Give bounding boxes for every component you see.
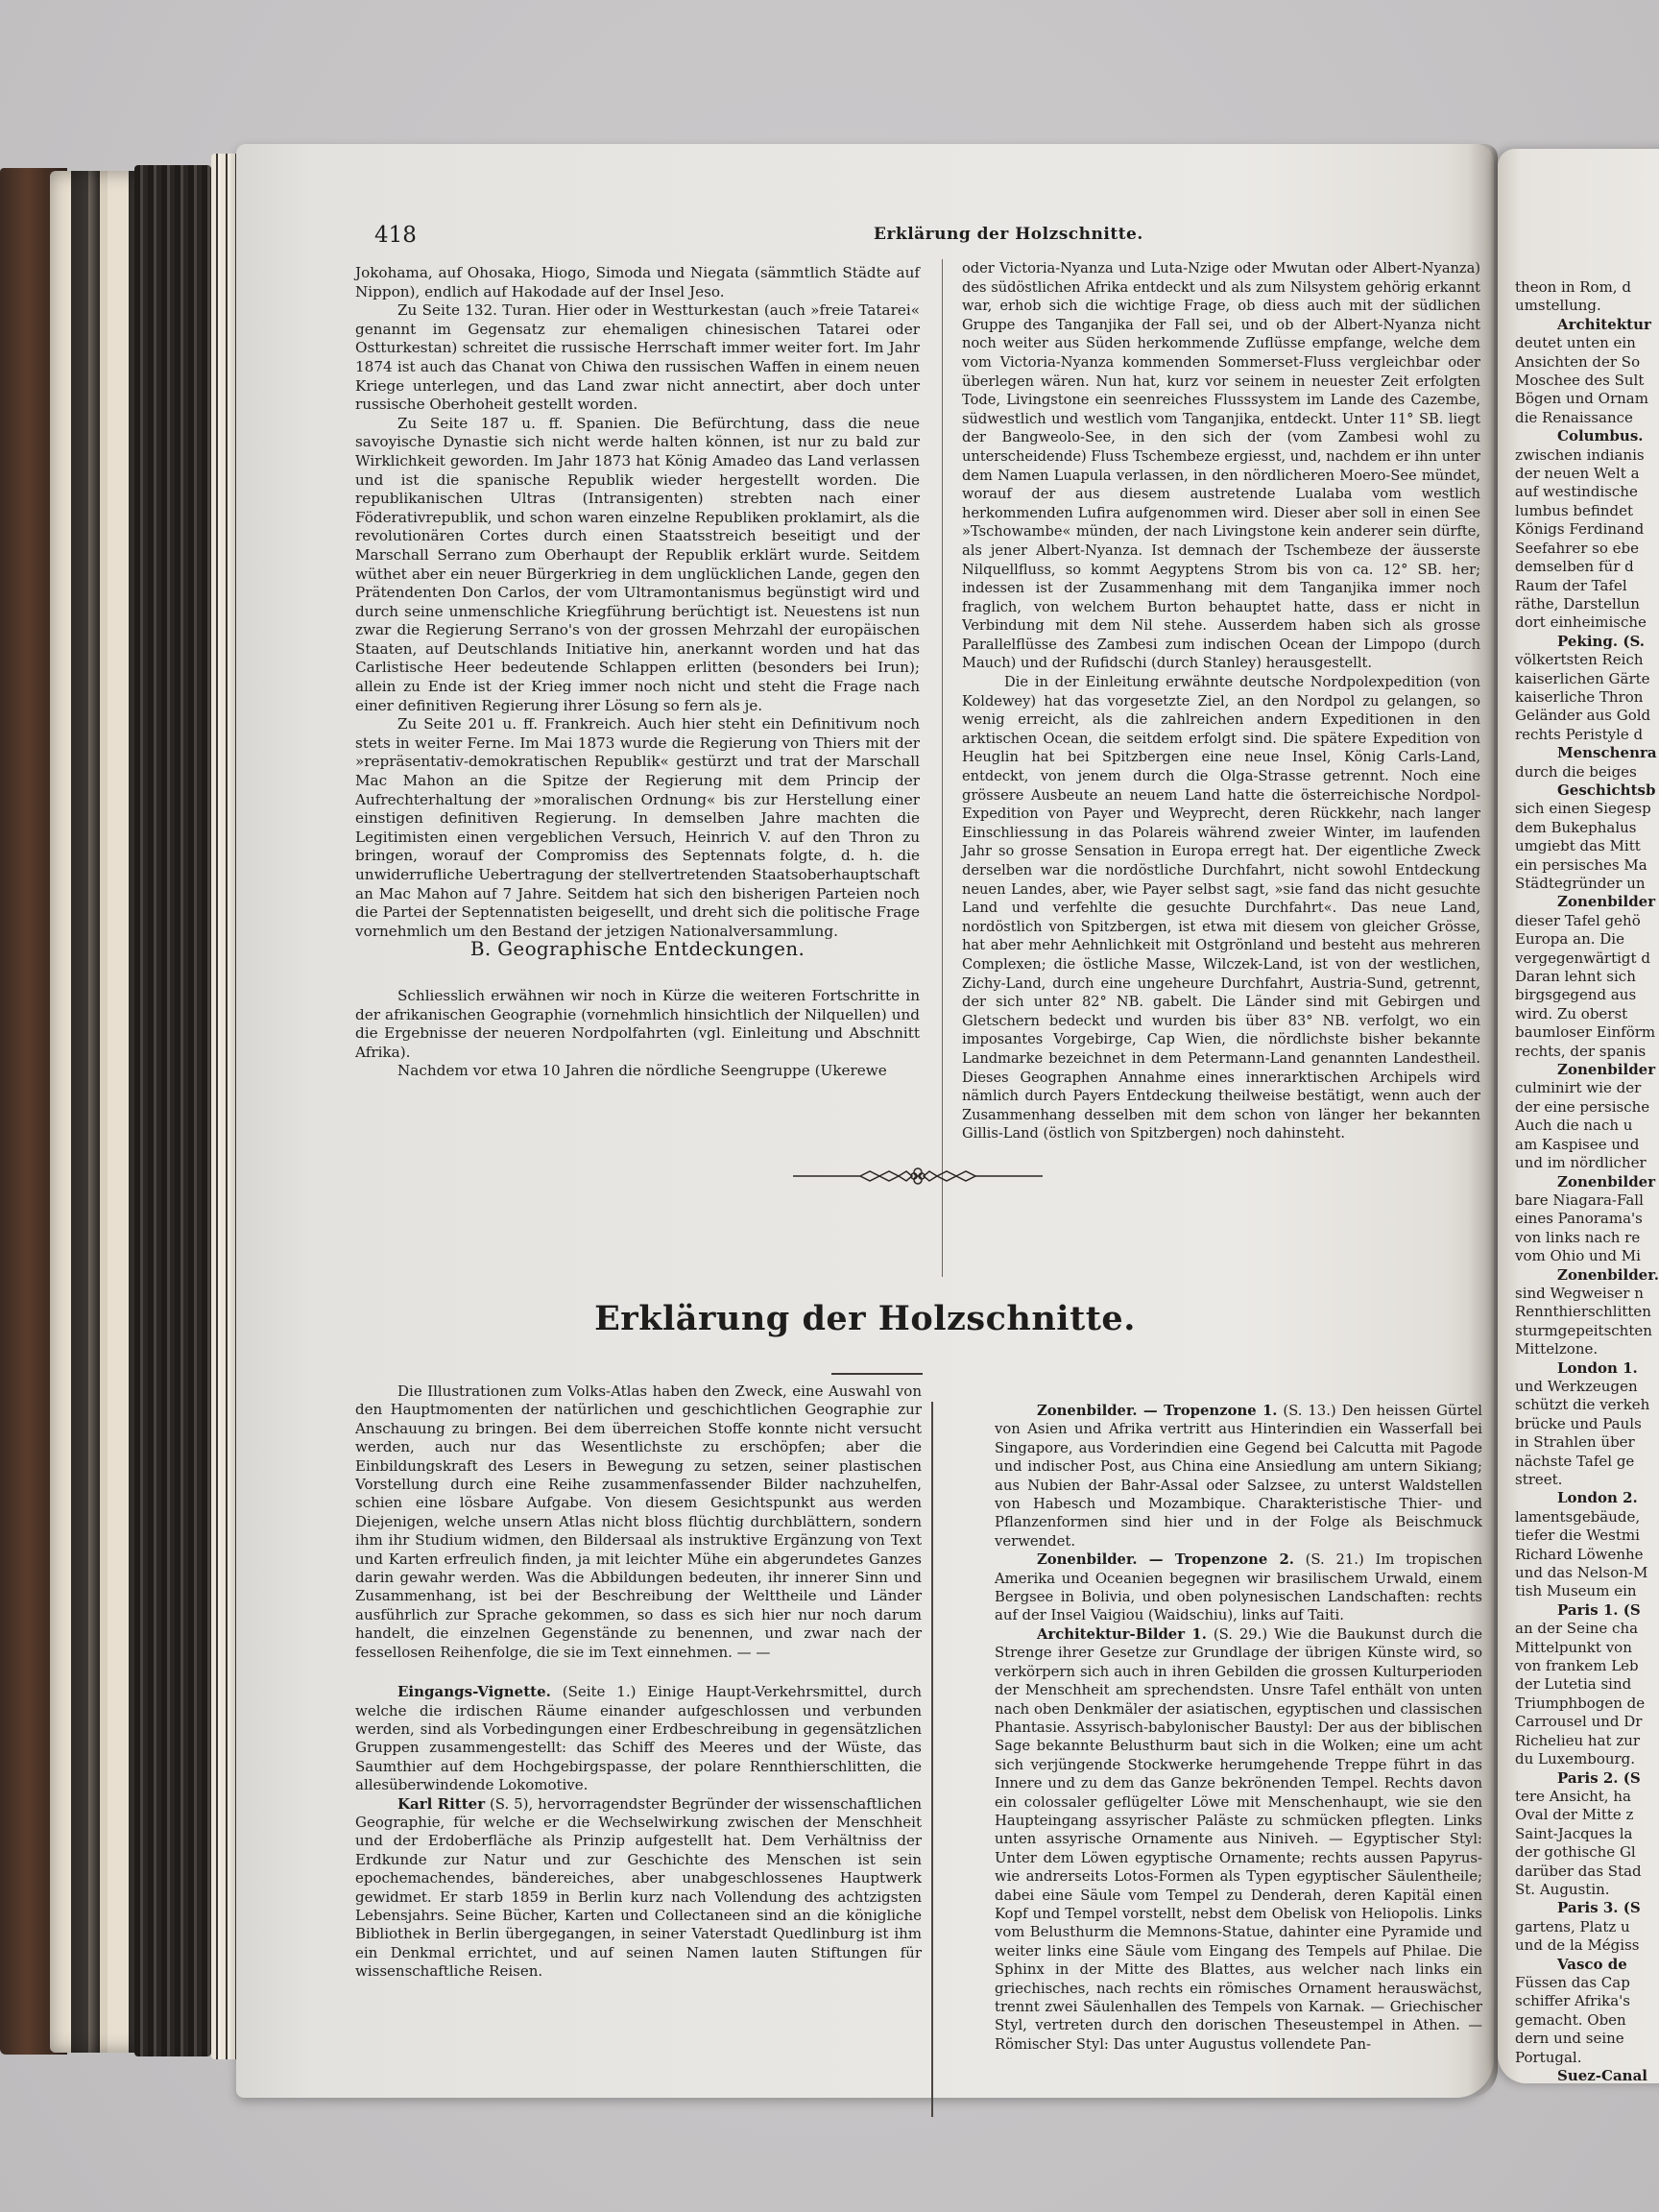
book-page-418: 418 Erklärung der Holzschnitte. Jokohama… bbox=[236, 144, 1494, 2098]
adjacent-page-line: Menschenra bbox=[1515, 744, 1659, 762]
adjacent-page-line: Füssen das Cap bbox=[1515, 1974, 1659, 1992]
adjacent-page-line: und das Nelson-M bbox=[1515, 1564, 1659, 1582]
adjacent-page-line: Zonenbilder bbox=[1515, 893, 1659, 911]
adjacent-page-line: London 2. bbox=[1515, 1489, 1659, 1507]
top-left-column: Jokohama, auf Ohosaka, Hiogo, Simoda und… bbox=[355, 264, 920, 941]
paragraph-frankreich: Zu Seite 201 u. ff. Frankreich. Auch hie… bbox=[355, 715, 920, 941]
adjacent-page-line: deutet unten ein bbox=[1515, 334, 1659, 352]
adjacent-page-line: umgiebt das Mitt bbox=[1515, 837, 1659, 855]
adjacent-page-line: lumbus befindet bbox=[1515, 502, 1659, 520]
adjacent-page-line: Zonenbilder. bbox=[1515, 1266, 1659, 1285]
adjacent-page-line: und im nördlicher bbox=[1515, 1154, 1659, 1172]
adjacent-page-line: Königs Ferdinand bbox=[1515, 520, 1659, 539]
bottom-right-column: Zonenbilder. — Tropenzone 1. (S. 13.) De… bbox=[995, 1402, 1482, 2054]
paragraph: Jokohama, auf Ohosaka, Hiogo, Simoda und… bbox=[355, 264, 920, 301]
adjacent-page-line: gemacht. Oben bbox=[1515, 2011, 1659, 2030]
paragraph: Schliesslich erwähnen wir noch in Kürze … bbox=[355, 987, 920, 1062]
adjacent-page-line: Carrousel und Dr bbox=[1515, 1713, 1659, 1731]
paragraph-turan: Zu Seite 132. Turan. Hier oder in Westtu… bbox=[355, 301, 920, 415]
section-heading-geographische-entdeckungen: B. Geographische Entdeckungen. bbox=[355, 937, 920, 960]
entry-tropenzone-2: Zonenbilder. — Tropenzone 2. (S. 21.) Im… bbox=[995, 1551, 1482, 1625]
adjacent-page-line: völkertsten Reich bbox=[1515, 651, 1659, 669]
adjacent-page-line: ein persisches Ma bbox=[1515, 856, 1659, 875]
adjacent-page-line: tiefer die Westmi bbox=[1515, 1527, 1659, 1545]
adjacent-page-line: Zonenbilder bbox=[1515, 1061, 1659, 1079]
adjacent-page-line: Städtegründer un bbox=[1515, 875, 1659, 893]
adjacent-page-line: tish Museum ein bbox=[1515, 1582, 1659, 1600]
adjacent-page-line: du Luxembourg. bbox=[1515, 1750, 1659, 1768]
title-rule bbox=[831, 1373, 923, 1375]
main-section-title: Erklärung der Holzschnitte. bbox=[236, 1299, 1494, 1338]
page-block-dark-edges bbox=[134, 165, 211, 2056]
adjacent-page-line: London 1. bbox=[1515, 1359, 1659, 1378]
adjacent-page-line: theon in Rom, d bbox=[1515, 278, 1659, 297]
adjacent-page-line: in Strahlen über bbox=[1515, 1433, 1659, 1452]
adjacent-page-line: bare Niagara-Fall bbox=[1515, 1191, 1659, 1210]
adjacent-page-line: an der Seine cha bbox=[1515, 1620, 1659, 1638]
adjacent-page-line: dern und seine bbox=[1515, 2030, 1659, 2048]
adjacent-page-line: culminirt wie der bbox=[1515, 1079, 1659, 1097]
adjacent-page: theon in Rom, dumstellung.Architekturdeu… bbox=[1498, 149, 1659, 2083]
adjacent-page-line: Oval der Mitte z bbox=[1515, 1806, 1659, 1824]
adjacent-page-line: Triumphbogen de bbox=[1515, 1695, 1659, 1713]
adjacent-page-line: brücke und Pauls bbox=[1515, 1415, 1659, 1433]
adjacent-page-line: nächste Tafel ge bbox=[1515, 1453, 1659, 1471]
adjacent-page-line: von links nach re bbox=[1515, 1229, 1659, 1247]
adjacent-page-line: sturmgepeitschten bbox=[1515, 1322, 1659, 1340]
entry-tropenzone-1: Zonenbilder. — Tropenzone 1. (S. 13.) De… bbox=[995, 1402, 1482, 1551]
adjacent-page-line: der neuen Welt a bbox=[1515, 465, 1659, 483]
paragraph: Nachdem vor etwa 10 Jahren die nördliche… bbox=[355, 1062, 920, 1081]
adjacent-page-line: Raum der Tafel bbox=[1515, 577, 1659, 595]
adjacent-page-line: Richelieu hat zur bbox=[1515, 1732, 1659, 1750]
adjacent-page-line: darüber das Stad bbox=[1515, 1863, 1659, 1881]
adjacent-page-line: Suez-Canal bbox=[1515, 2067, 1659, 2083]
adjacent-page-line: Geländer aus Gold bbox=[1515, 707, 1659, 725]
adjacent-page-line: Europa an. Die bbox=[1515, 930, 1659, 949]
adjacent-page-line: durch die beiges bbox=[1515, 763, 1659, 781]
intro-paragraph: Die Illustrationen zum Volks-Atlas haben… bbox=[355, 1382, 922, 1662]
bottom-left-column: Die Illustrationen zum Volks-Atlas haben… bbox=[355, 1382, 922, 1982]
entry-architektur-bilder-1: Architektur-Bilder 1. (S. 29.) Wie die B… bbox=[995, 1625, 1482, 2054]
adjacent-page-line: Auch die nach u bbox=[1515, 1117, 1659, 1135]
paragraph-spanien: Zu Seite 187 u. ff. Spanien. Die Befürch… bbox=[355, 415, 920, 716]
adjacent-page-line: Mittelzone. bbox=[1515, 1340, 1659, 1358]
top-right-column: oder Victoria-Nyanza und Luta-Nzige oder… bbox=[962, 259, 1480, 1143]
paragraph-nordpol: Die in der Einleitung erwähnte deutsche … bbox=[962, 673, 1480, 1143]
adjacent-page-line: demselben für d bbox=[1515, 558, 1659, 576]
adjacent-page-line: Rennthierschlitten bbox=[1515, 1303, 1659, 1321]
running-head: 418 Erklärung der Holzschnitte. bbox=[374, 223, 1334, 252]
adjacent-page-line: und de la Mégiss bbox=[1515, 1936, 1659, 1955]
adjacent-page-line: lamentsgebäude, bbox=[1515, 1508, 1659, 1527]
adjacent-page-line: Mittelpunkt von bbox=[1515, 1639, 1659, 1657]
decorative-ornament-divider bbox=[793, 1162, 1043, 1190]
page-curl-shadow bbox=[1469, 144, 1498, 2098]
adjacent-page-line: vom Ohio und Mi bbox=[1515, 1247, 1659, 1265]
column-divider bbox=[931, 1402, 933, 2117]
section-b-column: Schliesslich erwähnen wir noch in Kürze … bbox=[355, 987, 920, 1081]
adjacent-page-line: kaiserliche Thron bbox=[1515, 688, 1659, 707]
adjacent-page-line: rechts Peristyle d bbox=[1515, 726, 1659, 744]
adjacent-page-line: tere Ansicht, ha bbox=[1515, 1788, 1659, 1806]
adjacent-page-line: auf westindische bbox=[1515, 483, 1659, 501]
adjacent-page-line: Seefahrer so ebe bbox=[1515, 540, 1659, 558]
adjacent-page-line: umstellung. bbox=[1515, 297, 1659, 315]
adjacent-page-line: eines Panorama's bbox=[1515, 1210, 1659, 1228]
adjacent-page-line: dem Bukephalus bbox=[1515, 819, 1659, 837]
adjacent-page-line: street. bbox=[1515, 1471, 1659, 1489]
entry-eingangs-vignette: Eingangs-Vignette. (Seite 1.) Einige Hau… bbox=[355, 1683, 922, 1794]
adjacent-page-line: Paris 3. (S bbox=[1515, 1899, 1659, 1917]
adjacent-page-line: dort einheimische bbox=[1515, 613, 1659, 632]
running-head-title: Erklärung der Holzschnitte. bbox=[874, 225, 1143, 244]
adjacent-page-line: Saint-Jacques la bbox=[1515, 1825, 1659, 1843]
adjacent-page-line: Paris 2. (S bbox=[1515, 1769, 1659, 1788]
adjacent-page-line: Moschee des Sult bbox=[1515, 372, 1659, 390]
adjacent-page-line: birgsgegend aus bbox=[1515, 986, 1659, 1004]
adjacent-page-line: baumloser Einförm bbox=[1515, 1023, 1659, 1042]
adjacent-page-line: der Lutetia sind bbox=[1515, 1675, 1659, 1694]
adjacent-page-line: der eine persische bbox=[1515, 1098, 1659, 1117]
adjacent-page-line: Ansichten der So bbox=[1515, 353, 1659, 372]
adjacent-page-line: Geschichtsb bbox=[1515, 781, 1659, 800]
adjacent-page-line: und Werkzeugen bbox=[1515, 1378, 1659, 1396]
adjacent-page-line: schiffer Afrika's bbox=[1515, 1992, 1659, 2010]
column-divider bbox=[942, 259, 943, 1277]
adjacent-page-line: zwischen indianis bbox=[1515, 446, 1659, 465]
adjacent-page-line: Daran lehnt sich bbox=[1515, 968, 1659, 986]
adjacent-page-line: räthe, Darstellun bbox=[1515, 595, 1659, 613]
adjacent-page-line: der gothische Gl bbox=[1515, 1843, 1659, 1862]
adjacent-page-line: Peking. (S. bbox=[1515, 633, 1659, 651]
adjacent-page-line: von frankem Leb bbox=[1515, 1657, 1659, 1675]
adjacent-page-line: dieser Tafel gehö bbox=[1515, 912, 1659, 930]
entry-karl-ritter: Karl Ritter (S. 5), hervorragendster Beg… bbox=[355, 1795, 922, 1982]
adjacent-page-line: Architektur bbox=[1515, 316, 1659, 334]
adjacent-page-line: rechts, der spanis bbox=[1515, 1043, 1659, 1061]
adjacent-page-line: am Kaspisee und bbox=[1515, 1136, 1659, 1154]
adjacent-page-line: gartens, Platz u bbox=[1515, 1918, 1659, 1936]
adjacent-page-line: Bögen und Ornam bbox=[1515, 390, 1659, 408]
adjacent-page-line: Richard Löwenhe bbox=[1515, 1546, 1659, 1564]
paragraph-nilquellen: oder Victoria-Nyanza und Luta-Nzige oder… bbox=[962, 259, 1480, 673]
page-number: 418 bbox=[374, 223, 417, 248]
adjacent-page-line: Paris 1. (S bbox=[1515, 1601, 1659, 1620]
adjacent-page-column: theon in Rom, dumstellung.Architekturdeu… bbox=[1515, 278, 1659, 2083]
adjacent-page-line: Vasco de bbox=[1515, 1956, 1659, 1974]
adjacent-page-line: wird. Zu oberst bbox=[1515, 1005, 1659, 1023]
adjacent-page-line: vergegenwärtigt d bbox=[1515, 950, 1659, 968]
adjacent-page-line: die Renaissance bbox=[1515, 409, 1659, 427]
adjacent-page-line: sind Wegweiser n bbox=[1515, 1285, 1659, 1303]
adjacent-page-line: sich einen Siegesp bbox=[1515, 800, 1659, 818]
adjacent-page-line: kaiserlichen Gärte bbox=[1515, 670, 1659, 688]
adjacent-page-line: St. Augustin. bbox=[1515, 1881, 1659, 1899]
adjacent-page-line: Columbus. bbox=[1515, 427, 1659, 445]
adjacent-page-line: schützt die verkeh bbox=[1515, 1396, 1659, 1414]
adjacent-page-line: Portugal. bbox=[1515, 2049, 1659, 2067]
adjacent-page-line: Zonenbilder bbox=[1515, 1173, 1659, 1191]
